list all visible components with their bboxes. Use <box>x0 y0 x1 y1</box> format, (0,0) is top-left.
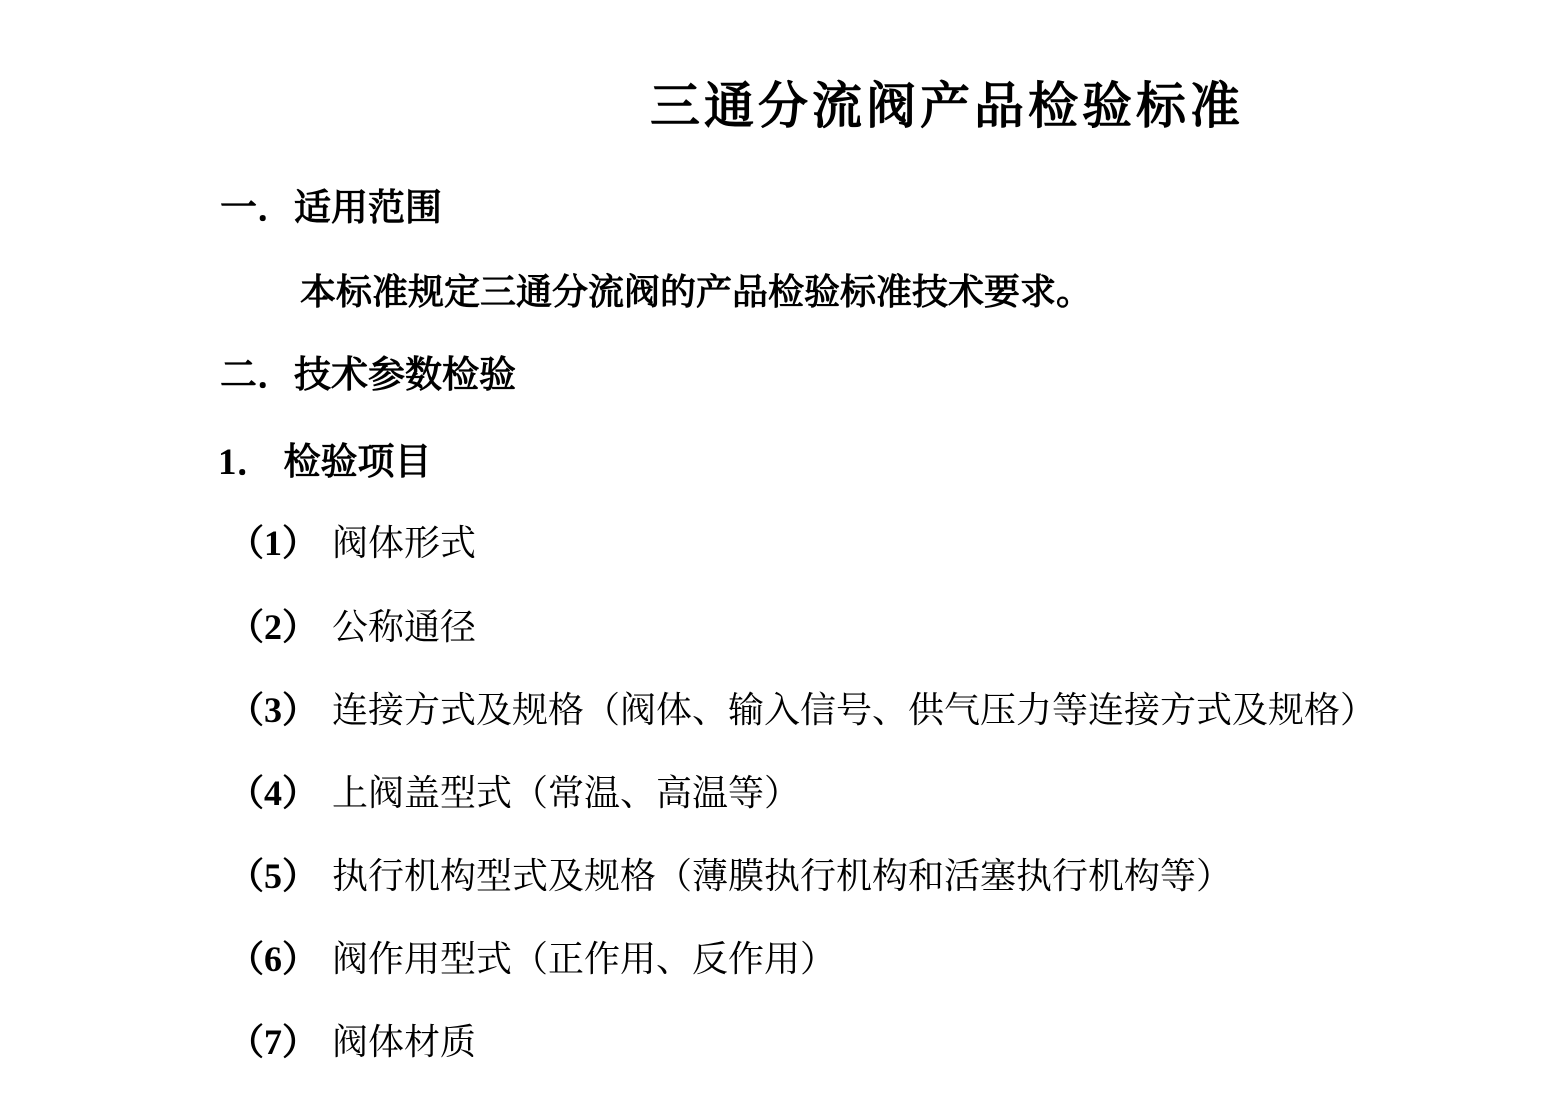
list-item-6-text: 阀作用型式（正作用、反作用） <box>332 939 836 979</box>
list-item-5-text: 执行机构型式及规格（薄膜执行机构和活塞执行机构等） <box>332 856 1232 896</box>
list-item-1: （1）阀体形式 <box>228 523 476 564</box>
section-heading-1-text: 适用范围 <box>294 188 442 229</box>
document-page: 三通分流阀产品检验标准 一．适用范围 本标准规定三通分流阀的产品检验标准技术要求… <box>0 0 1546 1094</box>
section-heading-2: 二．技术参数检验 <box>220 355 516 398</box>
section-heading-2-text: 技术参数检验 <box>294 355 516 396</box>
list-item-4-text: 上阀盖型式（常温、高温等） <box>332 773 800 813</box>
section-heading-1: 一．适用范围 <box>220 188 442 231</box>
list-item-1-marker: （1） <box>228 523 318 563</box>
list-item-7-marker: （7） <box>228 1022 318 1062</box>
list-item-5: （5）执行机构型式及规格（薄膜执行机构和活塞执行机构等） <box>228 856 1232 897</box>
subsection-heading-1: 1．检验项目 <box>218 442 432 485</box>
section-heading-1-marker: 一． <box>220 188 294 229</box>
list-item-7: （7）阀体材质 <box>228 1022 476 1063</box>
list-item-2-marker: （2） <box>228 607 318 647</box>
list-item-7-text: 阀体材质 <box>332 1022 476 1062</box>
list-item-5-marker: （5） <box>228 856 318 896</box>
list-item-3: （3）连接方式及规格（阀体、输入信号、供气压力等连接方式及规格） <box>228 690 1376 731</box>
list-item-4-marker: （4） <box>228 773 318 813</box>
list-item-6: （6）阀作用型式（正作用、反作用） <box>228 939 836 980</box>
list-item-2-text: 公称通径 <box>332 607 476 647</box>
list-item-3-text: 连接方式及规格（阀体、输入信号、供气压力等连接方式及规格） <box>332 690 1376 730</box>
list-item-6-marker: （6） <box>228 939 318 979</box>
subsection-heading-1-text: 检验项目 <box>284 442 432 483</box>
subsection-heading-1-marker: 1． <box>218 442 274 483</box>
list-item-3-marker: （3） <box>228 690 318 730</box>
document-title: 三通分流阀产品检验标准 <box>650 78 1244 136</box>
section-heading-2-marker: 二． <box>220 355 294 396</box>
list-item-2: （2）公称通径 <box>228 607 476 648</box>
list-item-4: （4）上阀盖型式（常温、高温等） <box>228 773 800 814</box>
section-1-body: 本标准规定三通分流阀的产品检验标准技术要求。 <box>300 272 1092 313</box>
list-item-1-text: 阀体形式 <box>332 523 476 563</box>
